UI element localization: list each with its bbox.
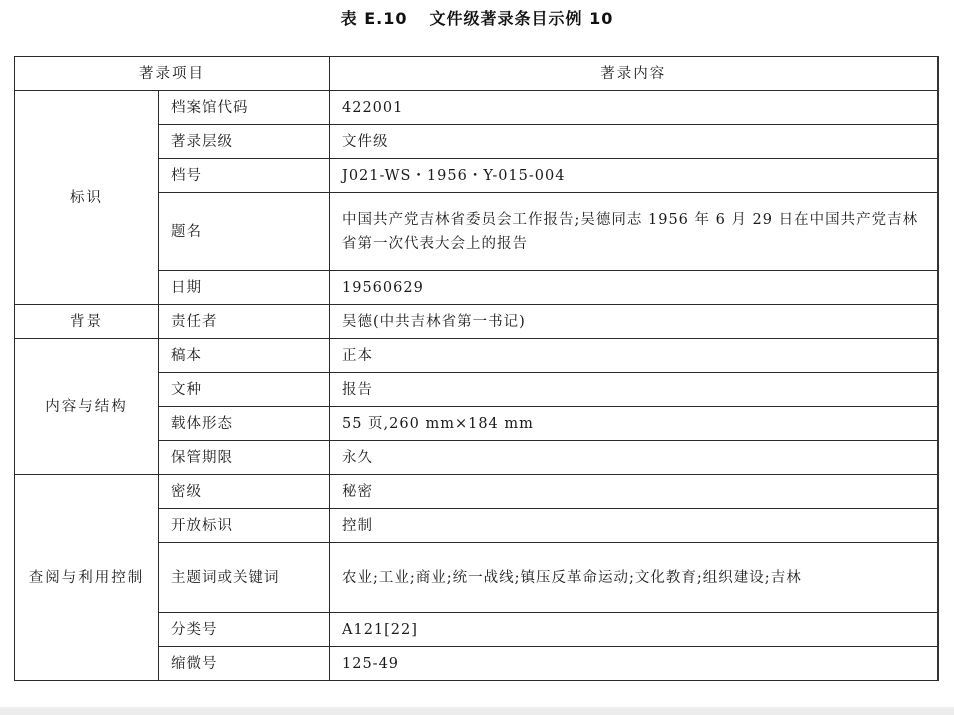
field-label: 保管期限 <box>159 441 330 475</box>
field-value: 报告 <box>330 373 938 407</box>
field-label: 密级 <box>159 475 330 509</box>
field-value: 55 页,260 mm×184 mm <box>330 407 938 441</box>
field-value: 秘密 <box>330 475 938 509</box>
table-row: 标识 档案馆代码 422001 <box>15 91 938 125</box>
field-value: 吴德(中共吉林省第一书记) <box>330 305 938 339</box>
header-content: 著录内容 <box>330 57 938 91</box>
field-label: 主题词或关键词 <box>159 543 330 613</box>
field-label: 缩微号 <box>159 647 330 681</box>
table-title: 文件级著录条目示例 10 <box>430 9 614 28</box>
field-label: 档号 <box>159 159 330 193</box>
table-number: 表 E.10 <box>341 9 408 28</box>
field-label: 稿本 <box>159 339 330 373</box>
table-row: 查阅与利用控制 密级 秘密 <box>15 475 938 509</box>
field-value: 文件级 <box>330 125 938 159</box>
field-value: 农业;工业;商业;统一战线;镇压反革命运动;文化教育;组织建设;吉林 <box>330 543 938 613</box>
group-context: 背景 <box>15 305 159 339</box>
field-value: A121[22] <box>330 613 938 647</box>
field-label: 档案馆代码 <box>159 91 330 125</box>
table-row: 背景 责任者 吴德(中共吉林省第一书记) <box>15 305 938 339</box>
field-label: 责任者 <box>159 305 330 339</box>
field-label: 日期 <box>159 271 330 305</box>
field-value: J021-WS・1956・Y-015-004 <box>330 159 938 193</box>
field-value: 正本 <box>330 339 938 373</box>
page-bottom-edge <box>0 707 954 715</box>
header-item: 著录项目 <box>15 57 330 91</box>
field-value: 19560629 <box>330 271 938 305</box>
field-label: 开放标识 <box>159 509 330 543</box>
table-row: 内容与结构 稿本 正本 <box>15 339 938 373</box>
field-value: 422001 <box>330 91 938 125</box>
field-value: 125-49 <box>330 647 938 681</box>
field-label: 分类号 <box>159 613 330 647</box>
field-value: 中国共产党吉林省委员会工作报告;吴德同志 1956 年 6 月 29 日在中国共… <box>330 193 938 271</box>
group-access-control: 查阅与利用控制 <box>15 475 159 681</box>
field-value: 永久 <box>330 441 938 475</box>
field-label: 载体形态 <box>159 407 330 441</box>
field-label: 文种 <box>159 373 330 407</box>
header-row: 著录项目 著录内容 <box>15 57 938 91</box>
field-value: 控制 <box>330 509 938 543</box>
field-label: 题名 <box>159 193 330 271</box>
table-caption: 表 E.10文件级著录条目示例 10 <box>0 8 954 30</box>
group-identification: 标识 <box>15 91 159 305</box>
group-content-structure: 内容与结构 <box>15 339 159 475</box>
field-label: 著录层级 <box>159 125 330 159</box>
cataloging-record-table: 著录项目 著录内容 标识 档案馆代码 422001 著录层级 文件级 档号 J0… <box>14 56 939 681</box>
